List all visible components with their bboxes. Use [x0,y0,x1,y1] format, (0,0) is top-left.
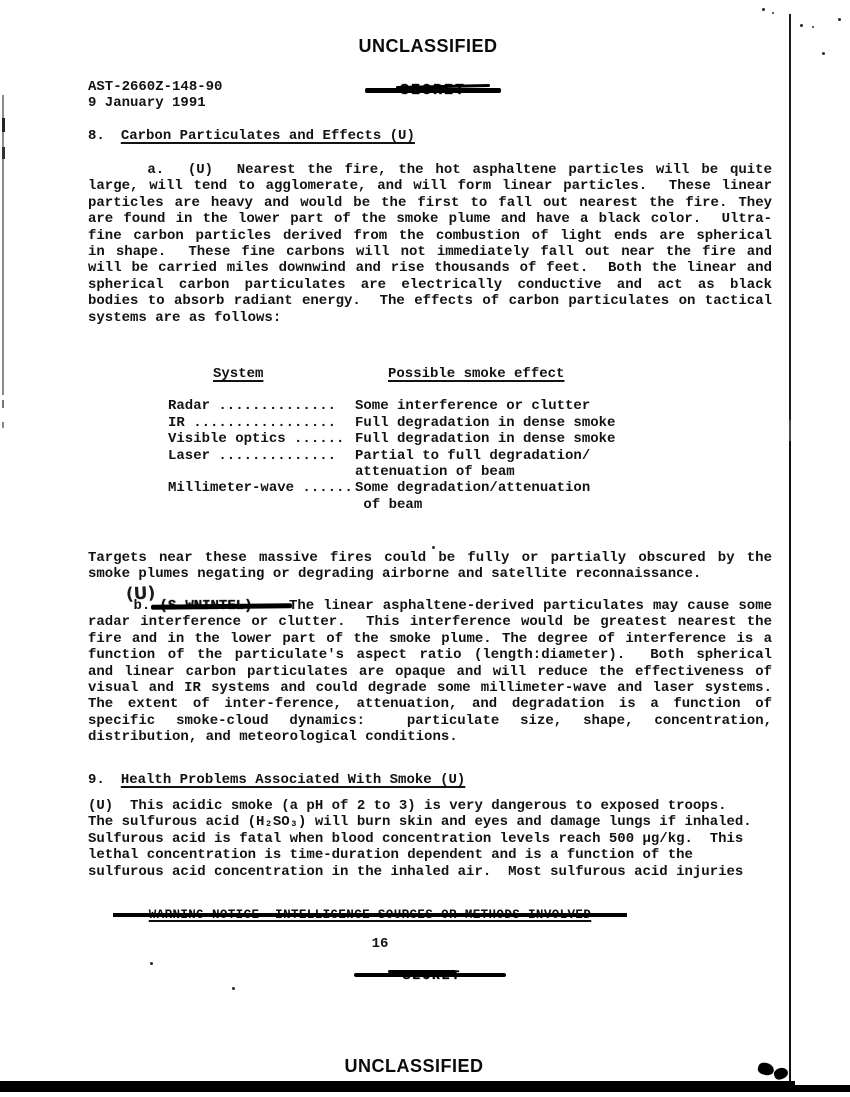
paragraph-8b-label: b. [88,598,150,614]
scan-dot [772,12,774,14]
paragraph-8b: b. (S WNINTEL) The linear asphaltene-der… [88,598,772,746]
text-line: systems are as follows: [88,310,772,326]
text-line: Targets near these massive fires could b… [88,550,772,566]
table-row: Radar ..............Some interference or… [168,398,648,414]
secret-stamp-top: SECRET [368,81,498,99]
scan-artifact-right-edge-line [789,14,791,1082]
scan-artifact-bottom-bar [0,1081,795,1092]
text-line: sulfurous acid concentration in the inha… [88,864,772,880]
paragraph-8a: a. (U) Nearest the fire, the hot asphalt… [88,162,772,326]
paragraph-8b-first-line-text: The linear asphaltene-derived particulat… [253,598,772,614]
table-cell-effect: Partial to full degradation/ attenuation… [355,448,590,481]
redaction-strike-bar [354,973,506,977]
table-cell-system: Visible optics ...... [168,431,355,447]
column-header-effect: Possible smoke effect [388,366,564,382]
section-9-heading: 9.Health Problems Associated With Smoke … [88,772,465,788]
scan-artifact-left-dash [2,422,4,428]
scan-dot [800,24,803,27]
scan-artifact-left-tick [2,147,5,159]
text-line: distribution, and meteorological conditi… [88,729,772,745]
text-line: large, will tend to agglomerate, and wil… [88,178,772,194]
section-9-number: 9. [88,772,105,788]
page-number: 16 [0,936,760,952]
section-8-title: Carbon Particulates and Effects (U) [121,128,415,144]
text-line: radar interference or clutter. This inte… [88,614,772,630]
text-line: specific smoke-cloud dynamics: particula… [88,713,772,729]
table-cell-effect: Full degradation in dense smoke [355,431,615,447]
text-line: in shape. These fine carbons will not im… [88,244,772,260]
text-line: a. (U) Nearest the fire, the hot asphalt… [88,162,772,178]
scan-dot [812,26,814,28]
scan-dot [150,962,153,965]
scan-dot [232,987,235,990]
scan-artifact-left-tick [2,118,5,132]
effects-table: System Possible smoke effect Radar .....… [168,366,648,513]
targets-paragraph: Targets near these massive fires could b… [88,550,772,583]
column-header-system: System [213,366,263,382]
scan-dot [432,546,435,549]
table-cell-effect: Full degradation in dense smoke [355,415,615,431]
effects-table-body: Radar ..............Some interference or… [168,398,648,513]
struck-classification-marking: (S WNINTEL) [159,598,252,614]
text-line: smoke plumes negating or degrading airbo… [88,566,772,582]
text-line: lethal concentration is time-duration de… [88,847,772,863]
table-cell-system: IR ................. [168,415,355,431]
paragraph-8b-first-line: b. (S WNINTEL) The linear asphaltene-der… [88,598,772,614]
text-line: are found in the lower part of the smoke… [88,211,772,227]
scan-dot [762,8,765,11]
scan-artifact-left-dash [2,400,4,408]
table-row: Visible optics ......Full degradation in… [168,431,648,447]
redaction-strike-bar [365,88,501,93]
secret-stamp-bottom: SECRET [372,966,492,982]
scan-dot [822,52,825,55]
text-line: bodies to absorb radiant energy. The eff… [88,293,772,309]
redaction-strike-bar [388,970,456,973]
document-page: UNCLASSIFIED AST-2660Z-148-90 9 January … [0,0,850,1097]
text-line: will be carried miles downwind and rise … [88,260,772,276]
text-line: (U) This acidic smoke (a pH of 2 to 3) i… [88,798,772,814]
text-line: Sulfurous acid is fatal when blood conce… [88,831,772,847]
table-cell-system: Millimeter-wave ...... [168,480,355,513]
section-9-title: Health Problems Associated With Smoke (U… [121,772,465,788]
table-cell-system: Laser .............. [168,448,355,481]
document-number: AST-2660Z-148-90 [88,79,222,95]
text-line: fire and in the lower part of the smoke … [88,631,772,647]
table-row: IR .................Full degradation in … [168,415,648,431]
classification-banner-bottom: UNCLASSIFIED [0,1056,828,1077]
scan-dot [838,18,841,21]
text-line: The sulfurous acid (H₂SO₃) will burn ski… [88,814,772,830]
section-8-heading: 8.Carbon Particulates and Effects (U) [88,128,415,144]
text-line: and linear carbon particulates are opaqu… [88,664,772,680]
text-line: spherical carbon particulates are electr… [88,277,772,293]
scan-artifact-bottom-bar-right [795,1085,850,1092]
text-line: particles are heavy and would be the fir… [88,195,772,211]
text-line: visual and IR systems and could degrade … [88,680,772,696]
classification-banner-top: UNCLASSIFIED [0,36,850,57]
document-header: AST-2660Z-148-90 9 January 1991 [88,79,222,112]
effects-table-header: System Possible smoke effect [168,366,648,382]
section-8-number: 8. [88,128,105,144]
table-row: Millimeter-wave ......Some degradation/a… [168,480,648,513]
paragraph-9: (U) This acidic smoke (a pH of 2 to 3) i… [88,798,772,880]
warning-notice-wrap: WARNING NOTICE--INTELLIGENCE SOURCES OR … [0,905,740,923]
table-cell-system: Radar .............. [168,398,355,414]
text-line: fine carbon particles derived from the c… [88,228,772,244]
table-row: Laser ..............Partial to full degr… [168,448,648,481]
document-date: 9 January 1991 [88,95,222,111]
warning-notice: WARNING NOTICE--INTELLIGENCE SOURCES OR … [149,907,591,923]
table-cell-effect: Some degradation/attenuation of beam [355,480,590,513]
scan-artifact-left-edge-line [2,95,4,395]
text-line: function of the particulate's aspect rat… [88,647,772,663]
text-line: The extent of inter-ference, attenuation… [88,696,772,712]
paragraph-8b-body: radar interference or clutter. This inte… [88,614,772,745]
table-cell-effect: Some interference or clutter [355,398,590,414]
